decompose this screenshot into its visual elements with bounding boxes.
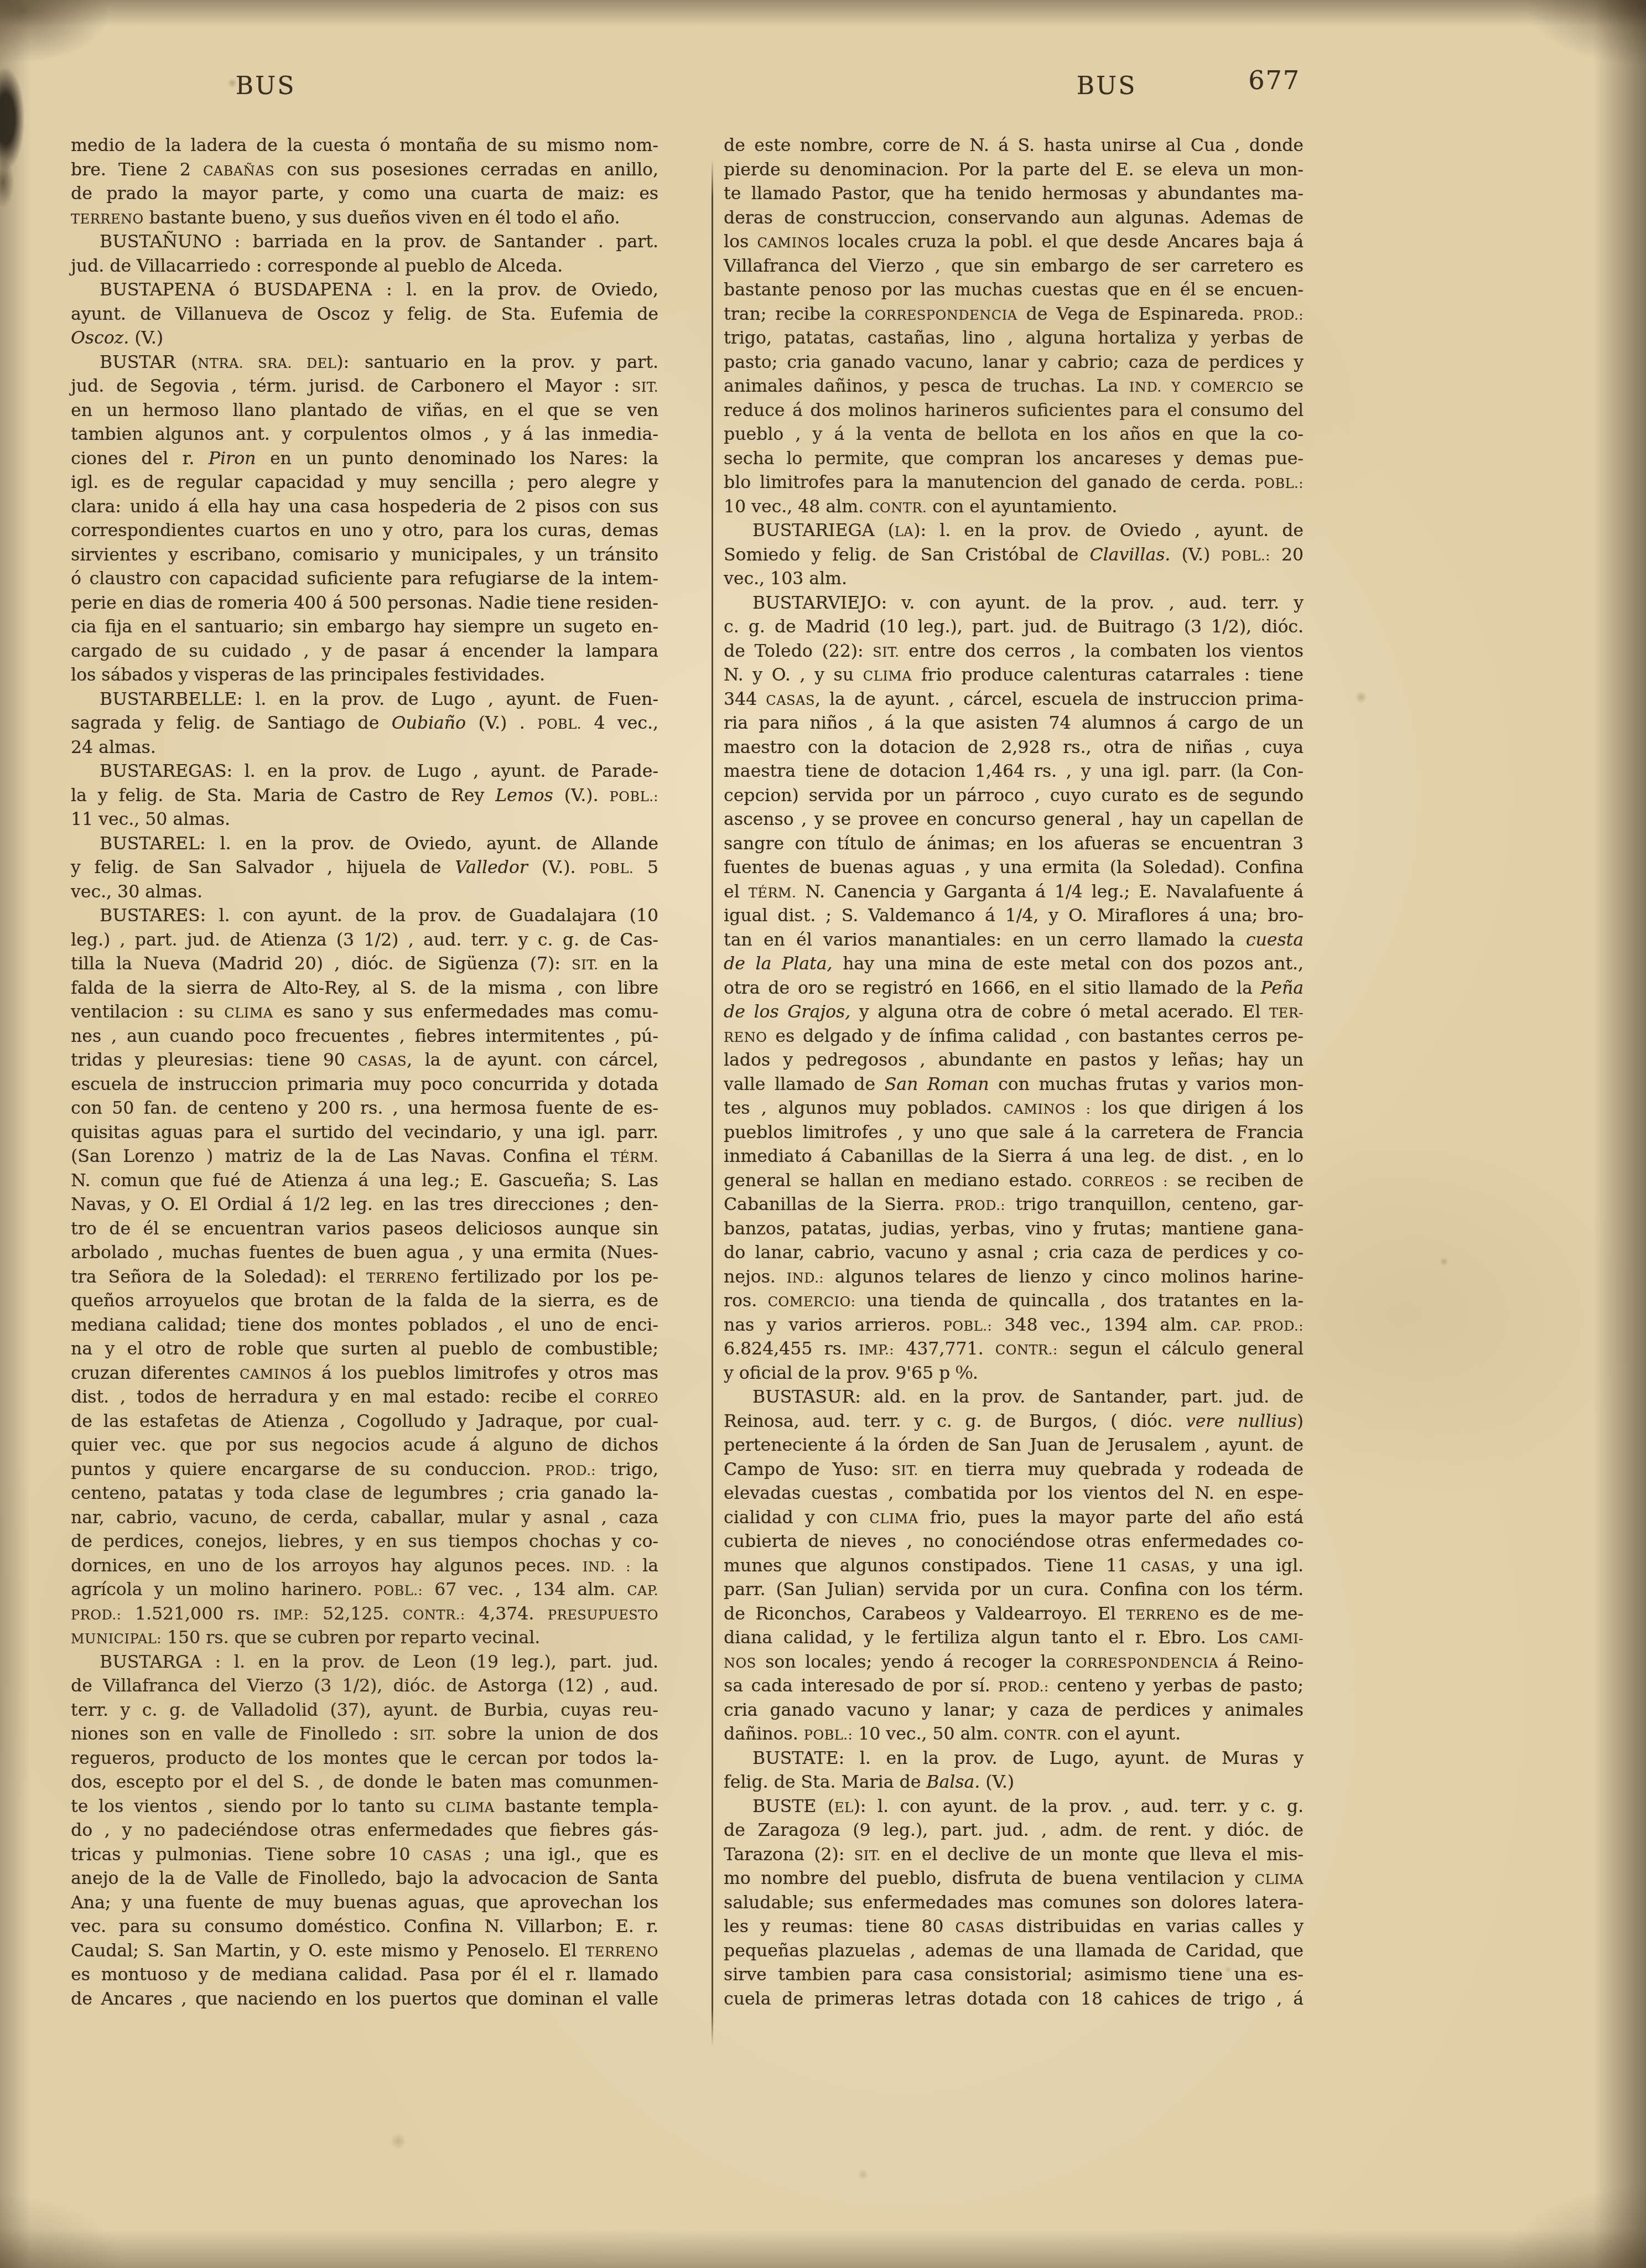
text-segment: maestra tiene de dotacion 1,464 rs. , y … (724, 761, 1304, 781)
small-caps-text: PRESUPUESTO (548, 1607, 658, 1623)
small-caps-text: SIT. (572, 957, 598, 973)
text-line: tan en él varios manantiales: en un cerr… (724, 928, 1304, 953)
text-segment: valle llamado de (724, 1075, 885, 1094)
text-line: pueblos limitrofes , y uno que sale á la… (724, 1121, 1304, 1145)
text-segment: N. Canencia y Garganta á 1/4 leg.; E. Na… (796, 882, 1304, 902)
text-segment: falda de la sierra de Alto-Rey, al S. de… (71, 978, 658, 998)
text-segment: tambien algunos ant. y corpulentos olmos… (71, 424, 658, 444)
small-caps-text: CAP. PROD.: (1210, 1319, 1304, 1334)
text-line: saludable; sus enfermedades mas comunes … (724, 1891, 1304, 1916)
text-line: pueblo , y á la venta de bellota en los … (724, 423, 1304, 447)
italic-text: cuesta (1246, 930, 1304, 950)
text-line: cruzan diferentes CAMINOS á los pueblos … (71, 1362, 658, 1386)
small-caps-text: CASAS (956, 1920, 1005, 1935)
text-line: niones son en valle de Finolledo : SIT. … (71, 1722, 658, 1747)
text-line: sagrada y felig. de Santiago de Oubiaño … (71, 712, 658, 736)
text-segment: y felig. de San Salvador , hijuela de (71, 858, 455, 878)
text-segment: trigo tranquillon, centeno, gar- (1005, 1195, 1304, 1215)
text-segment: BUSTE ( (752, 1797, 834, 1817)
text-line: de perdices, conejos, liebres, y en sus … (71, 1530, 658, 1554)
italic-text: Oscoz. (71, 328, 129, 348)
text-segment: hay una mina de este metal con dos pozos… (832, 954, 1304, 974)
small-caps-text: COMERCIO: (768, 1294, 856, 1310)
small-caps-text: NTRA. SRA. DEL (198, 356, 336, 371)
small-caps-text: CAP. (627, 1583, 658, 1599)
text-segment: una tienda de quincalla , dos tratantes … (855, 1291, 1304, 1311)
text-line: jud. de Villacarriedo : corresponde al p… (71, 255, 658, 279)
text-line: blo limitrofes para la manutencion del g… (724, 471, 1304, 495)
text-line: quier vec. que por sus negocios acude á … (71, 1434, 658, 1458)
text-segment: Campo de Yuso: (724, 1460, 891, 1480)
text-line: general se hallan en mediano estado. COR… (724, 1169, 1304, 1193)
text-segment: locales cruza la pobl. el que desde Anca… (829, 232, 1304, 252)
text-segment: niones son en valle de Finolledo : (71, 1724, 409, 1744)
text-segment: ) (1297, 1411, 1304, 1431)
text-segment: de Ancares , que naciendo en los puertos… (71, 1989, 658, 2009)
text-segment: BUSTATE: l. en la prov. de Lugo, ayunt. … (752, 1748, 1304, 1768)
small-caps-text: CASAS (357, 1053, 407, 1069)
text-segment: dos, escepto por el del S. , de donde le… (71, 1772, 658, 1792)
text-line: correspondientes cuartos en uno y otro, … (71, 519, 658, 543)
text-segment: Caudal; S. San Martin, y O. este mismo y… (71, 1941, 585, 1961)
text-line: sirve tambien para casa consistorial; as… (724, 1963, 1304, 1987)
small-caps-text: CORREOS : (1082, 1174, 1168, 1190)
italic-text: de la Plata, (724, 954, 832, 974)
text-segment: , la de ayunt. con cárcel, (407, 1050, 658, 1070)
small-caps-text: TERRENO (1126, 1607, 1200, 1623)
text-segment: blo limitrofes para la manutencion del g… (724, 473, 1255, 492)
text-line: clara: unido á ella hay una casa hospede… (71, 495, 658, 520)
text-line: ventilacion : su CLIMA es sano y sus enf… (71, 1000, 658, 1025)
text-line: de Villafranca del Vierzo (3 1/2), dióc.… (71, 1674, 658, 1699)
small-caps-text: IND. : (583, 1559, 631, 1575)
text-line: cia fija en el santuario; sin embargo ha… (71, 615, 658, 640)
text-segment: clara: unido á ella hay una casa hospede… (71, 497, 658, 517)
text-line: queños arroyuelos que brotan de la falda… (71, 1289, 658, 1314)
text-segment: con muchas frutas y varios mon- (989, 1075, 1304, 1094)
text-line: vec., 103 alm. (724, 567, 1304, 591)
text-segment: la y felig. de Sta. Maria de Castro de R… (71, 786, 495, 806)
text-segment: á Reino- (1218, 1652, 1304, 1672)
text-line: NOS son locales; yendo á recoger la CORR… (724, 1651, 1304, 1675)
text-line: cargado de su cuidado , y de pasar á enc… (71, 640, 658, 664)
text-segment: ó claustro con capacidad suficiente para… (71, 569, 658, 589)
text-line: tro de él se encuentran varios paseos de… (71, 1217, 658, 1242)
text-line: de la Plata, hay una mina de este metal … (724, 952, 1304, 977)
text-line: de Toledo (22): SIT. entre dos cerros , … (724, 640, 1304, 664)
text-line: 24 almas. (71, 736, 658, 760)
text-segment: elevadas cuestas , combatida por los vie… (724, 1483, 1304, 1503)
text-segment: do lanar, cabrio, vacuno y asnal ; cria … (724, 1243, 1304, 1263)
text-segment: banzos, patatas, judias, yerbas, vino y … (724, 1219, 1304, 1239)
text-segment: de prado la mayor parte, y como una cuar… (71, 184, 658, 204)
left-column: medio de la ladera de la cuesta ó montañ… (71, 134, 658, 2011)
text-segment: (V.) (129, 328, 163, 348)
text-line: ros. COMERCIO: una tienda de quincalla ,… (724, 1289, 1304, 1314)
text-segment: agrícola y un molino harinero. (71, 1580, 374, 1600)
text-segment: tra Señora de la Soledad): el (71, 1267, 366, 1287)
text-segment: pueblos limitrofes , y uno que sale á la… (724, 1123, 1304, 1143)
italic-text: Balsa. (926, 1772, 980, 1792)
text-segment: bre. Tiene 2 (71, 160, 203, 180)
text-segment: BUSTAREGAS: l. en la prov. de Lugo , ayu… (100, 761, 658, 781)
text-line: la y felig. de Sta. Maria de Castro de R… (71, 784, 658, 808)
text-segment: mo nombre del pueblo, disfruta de buena … (724, 1869, 1255, 1888)
text-segment: 11 vec., 50 almas. (71, 809, 230, 829)
text-segment: jud. de Villacarriedo : corresponde al p… (71, 256, 563, 276)
text-segment: en la (599, 954, 658, 974)
text-segment: lados y pedregosos , abundante en pastos… (724, 1050, 1304, 1070)
text-line: Campo de Yuso: SIT. en tierra muy quebra… (724, 1458, 1304, 1482)
text-segment: de las estafetas de Atienza , Cogolludo … (71, 1411, 658, 1431)
text-line: maestro con la dotacion de 2,928 rs., ot… (724, 736, 1304, 760)
text-line: BUSTARBELLE: l. en la prov. de Lugo , ay… (71, 688, 658, 712)
text-line: diana calidad, y le fertiliza algun tant… (724, 1626, 1304, 1651)
text-segment: ventilacion : su (71, 1002, 224, 1022)
text-segment: do , y no padeciéndose otras enfermedade… (71, 1820, 658, 1840)
text-line: anejo de la de Valle de Finolledo, bajo … (71, 1867, 658, 1891)
text-line: pasto; cria ganado vacuno, lanar y cabri… (724, 351, 1304, 375)
text-line: tridas y pleuresias: tiene 90 CASAS, la … (71, 1049, 658, 1073)
text-line: de prado la mayor parte, y como una cuar… (71, 182, 658, 206)
text-segment: de Toledo (22): (724, 641, 873, 661)
small-caps-text: CONTR. (869, 500, 927, 516)
text-segment: trigo, (596, 1460, 658, 1480)
text-line: BUSTE (EL): l. con ayunt. de la prov. , … (724, 1795, 1304, 1819)
small-caps-text: IMP.: (859, 1342, 894, 1358)
text-segment: BUSTARVIEJO: v. con ayunt. de la prov. ,… (752, 593, 1304, 613)
text-segment: nas y varios arrieros. (724, 1315, 943, 1335)
text-segment: es montuoso y de mediana calidad. Pasa p… (71, 1965, 658, 1985)
text-line: dornices, en uno de los arroyos hay algu… (71, 1554, 658, 1579)
text-segment: pasto; cria ganado vacuno, lanar y cabri… (724, 352, 1304, 372)
text-segment: centeno, patatas y toda clase de legumbr… (71, 1483, 658, 1503)
small-caps-text: SIT. (409, 1727, 436, 1743)
text-segment: ascenso , y se provee en concurso genera… (724, 809, 1304, 829)
small-caps-text: PROD.: (998, 1679, 1048, 1695)
text-segment: N. comun que fué de Atienza á una leg.; … (71, 1171, 658, 1191)
small-caps-text: RENO (724, 1030, 767, 1045)
text-segment: vec. para su consumo doméstico. Confina … (71, 1917, 658, 1937)
text-segment: es de me- (1199, 1604, 1304, 1624)
text-segment: vec., 30 almas. (71, 882, 202, 902)
small-caps-text: CORRESPONDENCIA (1066, 1655, 1218, 1671)
text-segment: sa cada interesado de por sí. (724, 1676, 998, 1696)
small-caps-text: POBL.: (1221, 548, 1270, 564)
small-caps-text: POBL.: (374, 1583, 423, 1599)
text-segment: segun el cálculo general (1058, 1339, 1304, 1359)
text-segment: nejos. (724, 1267, 787, 1287)
text-segment: N. y O. , y su (724, 665, 863, 685)
italic-text: vere nullius (1186, 1411, 1297, 1431)
text-line: de las estafetas de Atienza , Cogolludo … (71, 1410, 658, 1434)
text-segment: trigo, patatas, castañas, lino , alguna … (724, 328, 1304, 348)
text-line: BUSTAPENA ó BUSDAPENA : l. en la prov. d… (71, 278, 658, 303)
text-segment: medio de la ladera de la cuesta ó montañ… (71, 136, 658, 155)
text-line: ó claustro con capacidad suficiente para… (71, 567, 658, 591)
italic-text: Clavillas. (1089, 545, 1170, 565)
small-caps-text: PROD.: (71, 1607, 121, 1623)
text-line: 10 vec., 48 alm. CONTR. con el ayuntamie… (724, 495, 1304, 520)
text-line: te llamado Pastor, que ha tenido hermosa… (724, 182, 1304, 206)
text-segment: de Villafranca del Vierzo (3 1/2), dióc.… (71, 1676, 658, 1696)
text-segment: regueros, producto de los montes que le … (71, 1748, 658, 1768)
text-line: pequeñas plazuelas , ademas de una llama… (724, 1939, 1304, 1964)
text-line: MUNICIPAL: 150 rs. que se cubren por rep… (71, 1626, 658, 1651)
text-segment: saludable; sus enfermedades mas comunes … (724, 1893, 1304, 1913)
text-segment: de Zaragoza (9 leg.), part. jud. , adm. … (724, 1820, 1304, 1840)
text-segment: nes , aun cuando poco frecuentes , fiebr… (71, 1026, 658, 1046)
text-segment: dist. , todos de herradura y en mal esta… (71, 1387, 595, 1407)
text-segment: (V.). (553, 786, 610, 806)
text-segment: (San Lorenzo ) matriz de la de Las Navas… (71, 1146, 610, 1166)
text-segment: 150 rs. que se cubren por reparto vecina… (162, 1628, 540, 1648)
text-line: puntos y quiere encargarse de su conducc… (71, 1458, 658, 1482)
text-segment: 4,374. (465, 1604, 548, 1624)
text-segment: á los pueblos limitrofes y otros mas (312, 1363, 658, 1383)
text-segment: Cabanillas de la Sierra. (724, 1195, 955, 1215)
text-segment: tilla la Nueva (Madrid 20) , dióc. de Si… (71, 954, 572, 974)
right-column: de este nombre, corre de N. á S. hasta u… (724, 134, 1304, 2011)
small-caps-text: CASAS (423, 1848, 472, 1864)
small-caps-text: PROD.: (955, 1198, 1005, 1213)
text-segment: , la de ayunt. , cárcel, escuela de inst… (815, 689, 1304, 709)
text-segment: los (724, 232, 757, 252)
text-segment: les y reumas: tiene 80 (724, 1917, 956, 1937)
small-caps-text: TERRENO (71, 211, 144, 227)
small-caps-text: EL (834, 1800, 854, 1815)
text-segment: algunos telares de lienzo y cinco molino… (824, 1267, 1304, 1287)
text-line: medio de la ladera de la cuesta ó montañ… (71, 134, 658, 158)
text-line: BUSTATE: l. en la prov. de Lugo, ayunt. … (724, 1747, 1304, 1771)
text-segment: (V.) (980, 1772, 1014, 1792)
small-caps-text: SIT. (873, 645, 899, 660)
text-segment: cubierta de nieves , no conociéndose otr… (724, 1532, 1304, 1551)
small-caps-text: SIT. (891, 1463, 918, 1478)
page-number: 677 (1206, 65, 1300, 95)
text-segment: 348 vec., 1394 alm. (992, 1315, 1210, 1335)
text-line: BUSTASUR: ald. en la prov. de Santander,… (724, 1385, 1304, 1410)
text-line: BUSTARIEGA (LA): l. en la prov. de Ovied… (724, 519, 1304, 543)
text-segment: cargado de su cuidado , y de pasar á enc… (71, 641, 658, 661)
text-segment: y oficial de la prov. 9'65 p ⁰⁄₀. (724, 1363, 978, 1383)
text-line: banzos, patatas, judias, yerbas, vino y … (724, 1217, 1304, 1242)
text-segment: dañinos. (724, 1724, 804, 1744)
small-caps-text: CAMINOS (757, 235, 829, 251)
text-line: dist. , todos de herradura y en mal esta… (71, 1385, 658, 1410)
text-segment: tes , algunos muy poblados. (724, 1098, 1003, 1118)
text-segment: 10 vec., 48 alm. (724, 497, 869, 517)
small-caps-text: CLIMA (869, 1511, 918, 1527)
text-segment: reduce á dos molinos harineros suficient… (724, 401, 1304, 421)
small-caps-text: CAMI- (1259, 1631, 1304, 1647)
text-segment: sirve tambien para casa consistorial; as… (724, 1965, 1304, 1985)
italic-text: Oubiaño (392, 713, 466, 733)
text-line: trigo, patatas, castañas, lino , alguna … (724, 326, 1304, 351)
text-segment: parr. (San Julian) servida por un cura. … (724, 1580, 1304, 1600)
text-line: BUSTARVIEJO: v. con ayunt. de la prov. ,… (724, 591, 1304, 616)
text-segment: con el ayuntamiento. (927, 497, 1117, 517)
text-segment: (V.) (1170, 545, 1221, 565)
text-segment: quier vec. que por sus negocios acude á … (71, 1435, 658, 1455)
text-segment: 6.824,455 rs. (724, 1339, 859, 1359)
text-line: tra Señora de la Soledad): el TERRENO fe… (71, 1265, 658, 1290)
text-segment: BUSTASUR: ald. en la prov. de Santander,… (752, 1387, 1304, 1407)
text-segment: ayunt. de Villanueva de Oscoz y felig. d… (71, 304, 658, 324)
text-segment: 5 (634, 858, 658, 878)
text-line: y oficial de la prov. 9'65 p ⁰⁄₀. (724, 1362, 1304, 1386)
small-caps-text: POBL.: (943, 1319, 993, 1334)
text-line: sangre con título de ánimas; en los afue… (724, 832, 1304, 857)
italic-text: Peña (1261, 978, 1304, 998)
small-caps-text: CONTR.: (403, 1607, 465, 1623)
text-line: jud. de Segovia , térm. jurisd. de Carbo… (71, 375, 658, 399)
small-caps-text: IMP.: (274, 1607, 309, 1623)
text-line: tambien algunos ant. y corpulentos olmos… (71, 423, 658, 447)
text-line: los CAMINOS locales cruza la pobl. el qu… (724, 230, 1304, 255)
text-segment: en un hermoso llano plantado de viñas, e… (71, 401, 658, 421)
text-line: es montuoso y de mediana calidad. Pasa p… (71, 1963, 658, 1987)
small-caps-text: CASAS (766, 693, 815, 708)
text-segment: y alguna otra de cobre ó metal acerado. … (850, 1002, 1269, 1022)
text-line: 11 vec., 50 almas. (71, 808, 658, 832)
text-line: y felig. de San Salvador , hijuela de Va… (71, 856, 658, 880)
text-line: sirvientes y escribano, comisario y muni… (71, 543, 658, 568)
text-line: (San Lorenzo ) matriz de la de Las Navas… (71, 1145, 658, 1169)
small-caps-text: CASAS (1141, 1559, 1190, 1575)
text-line: reduce á dos molinos harineros suficient… (724, 399, 1304, 423)
text-segment: se (1274, 376, 1304, 396)
text-segment: ): l. en la prov. de Oviedo , ayunt. de (913, 521, 1304, 541)
text-segment: cialidad y con (724, 1508, 869, 1528)
text-segment: el (724, 882, 749, 902)
text-line: tes , algunos muy poblados. CAMINOS : lo… (724, 1097, 1304, 1121)
text-line: Ana; y una fuente de muy buenas aguas, q… (71, 1891, 658, 1916)
text-segment: perie en dias de romeria 400 á 500 perso… (71, 593, 658, 613)
text-segment: BUSTARBELLE: l. en la prov. de Lugo , ay… (100, 689, 658, 709)
text-segment: cria ganado vacuno y lanar; y caza de pe… (724, 1700, 1304, 1720)
text-segment: Villafranca del Vierzo , que sin embargo… (724, 256, 1304, 276)
text-segment: distribuidas en varias calles y (1004, 1917, 1304, 1937)
text-line: BUSTARES: l. con ayunt. de la prov. de G… (71, 904, 658, 928)
text-segment: vec., 103 alm. (724, 569, 847, 589)
text-line: el TÉRM. N. Canencia y Garganta á 1/4 le… (724, 880, 1304, 905)
text-line: maestra tiene de dotacion 1,464 rs. , y … (724, 760, 1304, 784)
text-segment: pequeñas plazuelas , ademas de una llama… (724, 1941, 1304, 1961)
italic-text: San Roman (885, 1075, 989, 1094)
text-line: en un hermoso llano plantado de viñas, e… (71, 399, 658, 423)
text-line: bre. Tiene 2 CABAÑAS con sus posesiones … (71, 158, 658, 183)
text-line: dañinos. POBL.: 10 vec., 50 alm. CONTR. … (724, 1722, 1304, 1747)
text-segment: Reinosa, aud. terr. y c. g. de Burgos, (… (724, 1411, 1186, 1431)
text-segment: inmediato á Cabanillas de la Sierra á un… (724, 1146, 1304, 1166)
text-segment: BUSTARES: l. con ayunt. de la prov. de G… (100, 906, 658, 926)
text-segment: bastante templa- (495, 1797, 658, 1817)
text-line: mo nombre del pueblo, disfruta de buena … (724, 1867, 1304, 1891)
text-segment: igl. es de regular capacidad y muy senci… (71, 473, 658, 492)
text-line: deras de construccion, conservando aun a… (724, 206, 1304, 231)
text-segment: 344 (724, 689, 766, 709)
text-segment: leg.) , part. jud. de Atienza (3 1/2) , … (71, 930, 658, 950)
text-line: PROD.: 1.521,000 rs. IMP.: 52,125. CONTR… (71, 1602, 658, 1627)
text-block: BUS BUS 677 medio de la ladera de la cue… (0, 0, 1646, 2268)
text-segment: tro de él se encuentran varios paseos de… (71, 1219, 658, 1239)
text-line: nar, cabrio, vacuno, de cerda, caballar,… (71, 1506, 658, 1530)
text-segment: 10 vec., 50 alm. (853, 1724, 1004, 1744)
text-line: cuela de primeras letras dotada con 18 c… (724, 1987, 1304, 2012)
text-line: valle llamado de San Roman con muchas fr… (724, 1073, 1304, 1097)
text-line: de Ancares , que naciendo en los puertos… (71, 1987, 658, 2012)
text-segment: frio produce calenturas catarrales : tie… (912, 665, 1304, 685)
text-segment: son locales; yendo á recoger la (756, 1652, 1066, 1672)
text-line: RENO es delgado y de ínfima calidad , co… (724, 1025, 1304, 1049)
small-caps-text: TÉRM. (749, 885, 797, 901)
small-caps-text: CORREO (595, 1390, 658, 1406)
text-segment: na y el otro de roble que surten al pueb… (71, 1339, 658, 1359)
text-line: cubierta de nieves , no conociéndose otr… (724, 1530, 1304, 1554)
text-segment: ria para niños , á la que asisten 74 alu… (724, 713, 1304, 733)
italic-text: Valledor (455, 858, 528, 878)
small-caps-text: CAMINOS (240, 1367, 312, 1382)
text-segment: en el declive de un monte que lleva el m… (881, 1845, 1304, 1865)
italic-text: de los Grajos, (724, 1002, 850, 1022)
text-segment: cruzan diferentes (71, 1363, 240, 1383)
text-line: nas y varios arrieros. POBL.: 348 vec., … (724, 1314, 1304, 1338)
text-line: tricas y pulmonias. Tiene sobre 10 CASAS… (71, 1843, 658, 1867)
text-line: secha lo permite, que compran los ancare… (724, 447, 1304, 471)
text-segment: te llamado Pastor, que ha tenido hermosa… (724, 184, 1304, 204)
small-caps-text: CLIMA (445, 1800, 494, 1815)
text-line: Reinosa, aud. terr. y c. g. de Burgos, (… (724, 1410, 1304, 1434)
text-segment: con 50 fan. de centeno y 200 rs. , una h… (71, 1098, 658, 1118)
text-line: BUSTAREL: l. en la prov. de Oviedo, ayun… (71, 832, 658, 857)
text-line: N. y O. , y su CLIMA frio produce calent… (724, 663, 1304, 688)
text-segment: tridas y pleuresias: tiene 90 (71, 1050, 357, 1070)
text-line: elevadas cuestas , combatida por los vie… (724, 1482, 1304, 1506)
text-segment: frio, pues la mayor parte del año está (918, 1508, 1304, 1528)
text-line: Cabanillas de la Sierra. PROD.: trigo tr… (724, 1193, 1304, 1217)
small-caps-text: CONTR.: (995, 1342, 1058, 1358)
text-line: 6.824,455 rs. IMP.: 437,771. CONTR.: seg… (724, 1337, 1304, 1362)
text-line: lados y pedregosos , abundante en pastos… (724, 1049, 1304, 1073)
small-caps-text: POBL.: (1255, 476, 1304, 491)
text-segment: ; una igl., que es (472, 1845, 658, 1865)
text-line: de Zaragoza (9 leg.), part. jud. , adm. … (724, 1819, 1304, 1843)
text-line: animales dañinos, y pesca de truchas. La… (724, 375, 1304, 399)
italic-text: Lemos (495, 786, 553, 806)
small-caps-text: SIT. (632, 380, 658, 395)
text-segment: 1.521,000 rs. (121, 1604, 273, 1624)
text-segment: felig. de Sta. Maria de (724, 1772, 926, 1792)
text-segment: fertilizado por los pe- (439, 1267, 658, 1287)
text-segment: de este nombre, corre de N. á S. hasta u… (724, 136, 1304, 155)
small-caps-text: POBL.: (610, 789, 659, 805)
text-segment: se reciben de (1168, 1171, 1304, 1191)
text-line: bastante penoso por las muchas cuestas q… (724, 278, 1304, 303)
text-line: de este nombre, corre de N. á S. hasta u… (724, 134, 1304, 158)
text-segment: Navas, y O. El Ordial á 1/2 leg. en las … (71, 1195, 658, 1215)
text-line: ciones del r. Piron en un punto denomina… (71, 447, 658, 471)
text-segment: BUSTARGA : l. en la prov. de Leon (19 le… (100, 1652, 658, 1672)
text-segment: bastante penoso por las muchas cuestas q… (724, 280, 1304, 300)
text-segment: puntos y quiere encargarse de su conducc… (71, 1460, 546, 1480)
text-segment: terr. y c. g. de Valladolid (37), ayunt.… (71, 1700, 658, 1720)
text-line: Villafranca del Vierzo , que sin embargo… (724, 255, 1304, 279)
text-line: Somiedo y felig. de San Cristóbal de Cla… (724, 543, 1304, 568)
text-line: cepcion) servida por un párroco , cuyo c… (724, 784, 1304, 808)
text-segment: en tierra muy quebrada y rodeada de (918, 1460, 1304, 1480)
text-segment: de Riconchos, Carabeos y Valdearroyo. El (724, 1604, 1126, 1624)
